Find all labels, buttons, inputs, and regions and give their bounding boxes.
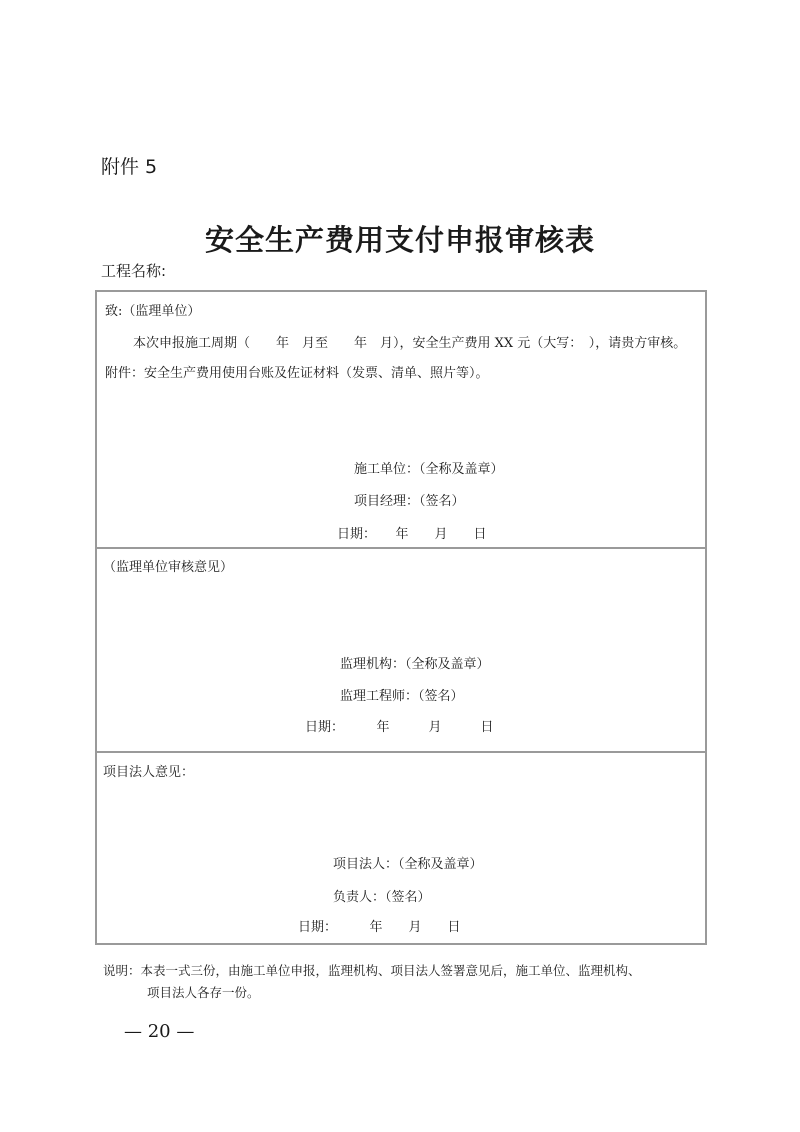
attachment-label: 附件 5 <box>101 152 157 179</box>
supervising-engineer-signature: 监理工程师：（签名） <box>340 685 464 704</box>
page-number: — 20 — <box>124 1021 194 1042</box>
application-body-line: 本次申报施工周期（ 年 月至 年 月），安全生产费用 XX 元（大写： ），请贵… <box>133 332 686 351</box>
note-line-1: 说明：本表一式三份，由施工单位申报，监理机构、项目法人签署意见后，施工单位、监理… <box>103 960 703 982</box>
attachment-line: 附件：安全生产费用使用台账及佐证材料（发票、清单、照片等）。 <box>105 362 489 381</box>
supervisor-opinion-header: （监理单位审核意见） <box>103 556 233 575</box>
supervisor-review-section: （监理单位审核意见） 监理机构：（全称及盖章） 监理工程师：（签名） 日期： 年… <box>97 547 705 753</box>
supervisor-sign-org: 监理机构：（全称及盖章） <box>340 653 490 672</box>
project-owner-sign-org: 项目法人：（全称及盖章） <box>333 853 483 872</box>
project-manager-signature: 项目经理：（签名） <box>354 490 465 509</box>
note-line-2: 项目法人各存一份。 <box>103 982 703 1004</box>
form-note: 说明：本表一式三份，由施工单位申报，监理机构、项目法人签署意见后，施工单位、监理… <box>103 960 703 1004</box>
contractor-sign-org: 施工单位：（全称及盖章） <box>354 458 504 477</box>
document-title: 安全生产费用支付申报审核表 <box>0 218 800 259</box>
approval-form-table: 致:（监理单位） 本次申报施工周期（ 年 月至 年 月），安全生产费用 XX 元… <box>95 290 707 945</box>
addressee-line: 致:（监理单位） <box>105 300 200 319</box>
supervisor-date: 日期： 年 月 日 <box>305 716 494 735</box>
contractor-date: 日期： 年 月 日 <box>337 523 487 542</box>
contractor-application-section: 致:（监理单位） 本次申报施工周期（ 年 月至 年 月），安全生产费用 XX 元… <box>97 292 705 547</box>
project-name-label: 工程名称: <box>101 260 166 281</box>
project-owner-opinion-section: 项目法人意见： 项目法人：（全称及盖章） 负责人：（签名） 日期： 年 月 日 <box>97 751 705 945</box>
project-owner-date: 日期： 年 月 日 <box>298 916 461 935</box>
project-owner-opinion-header: 项目法人意见： <box>103 761 194 780</box>
responsible-person-signature: 负责人：（签名） <box>333 886 431 905</box>
